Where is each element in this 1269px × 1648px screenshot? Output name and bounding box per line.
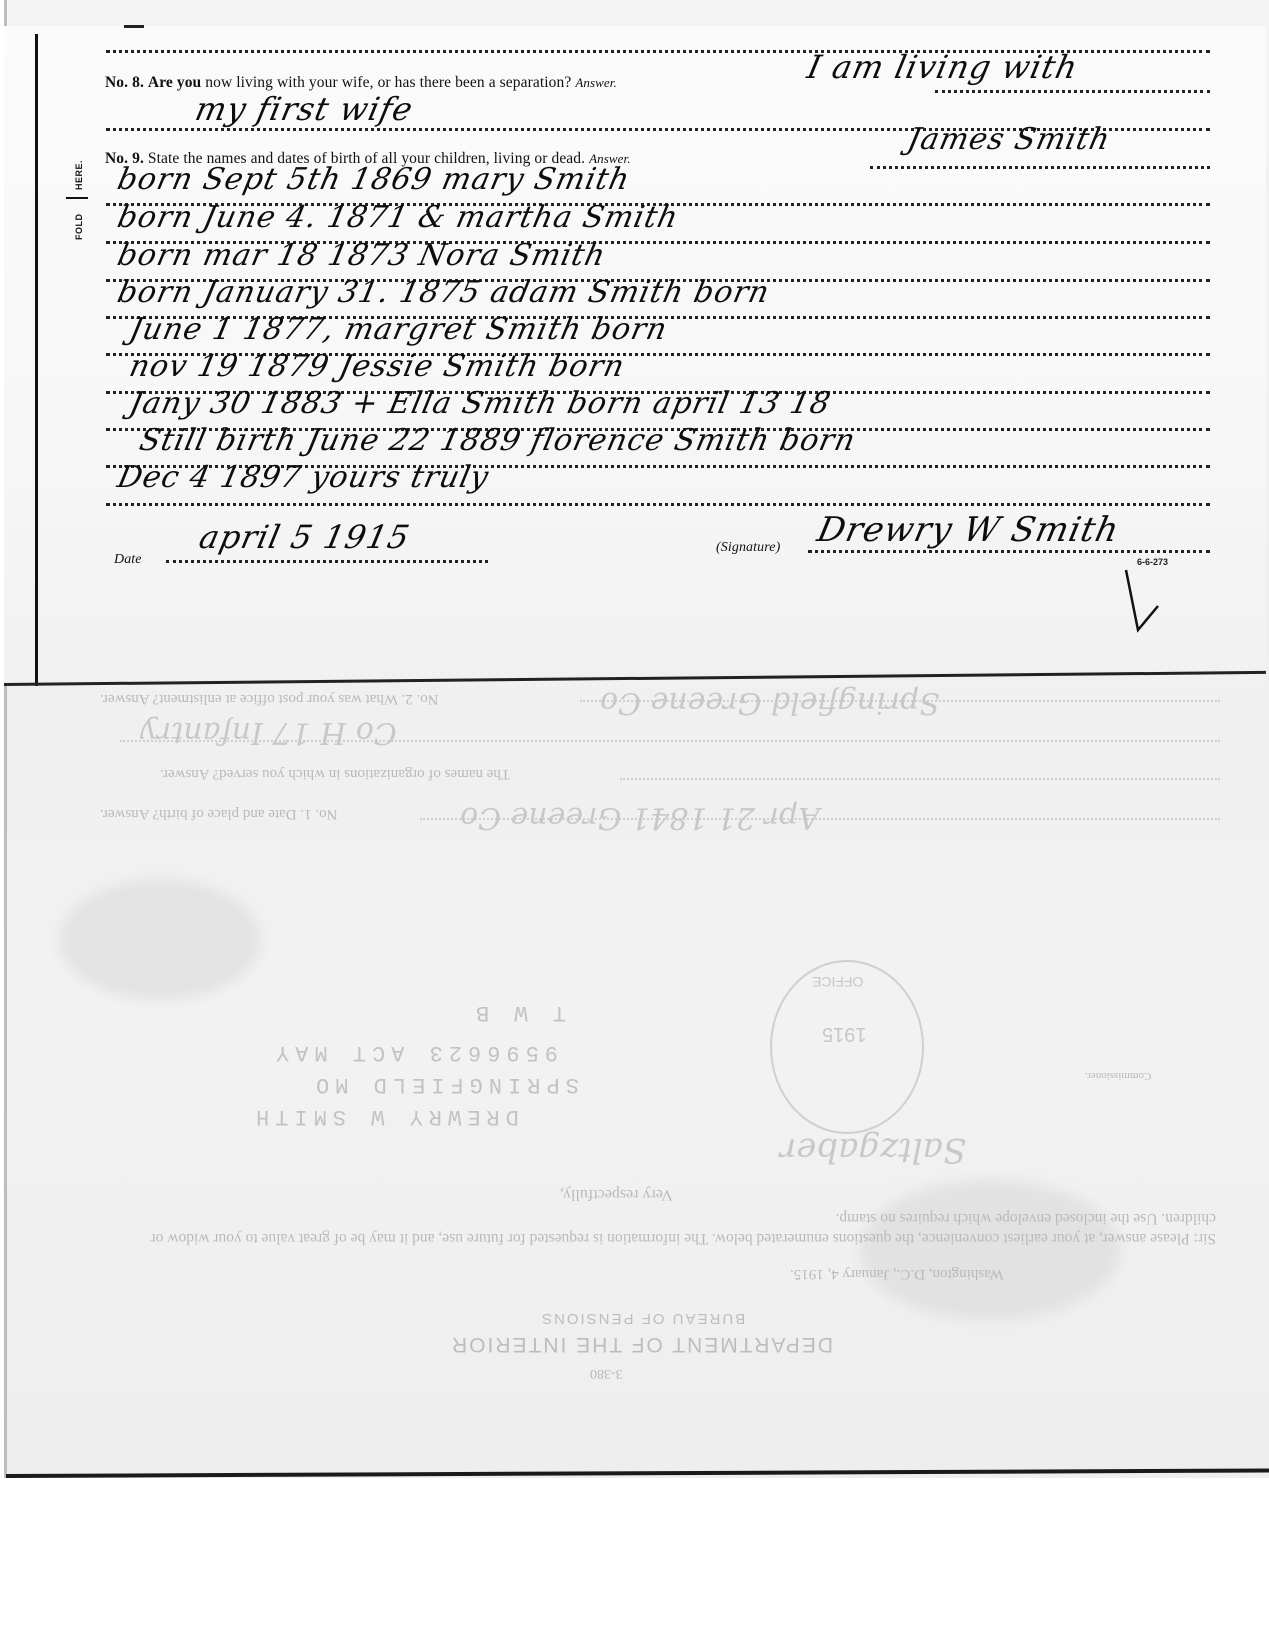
smudge bbox=[60, 880, 260, 1000]
answer-9-line-3: born mar 18 1873 Nora Smith bbox=[114, 238, 609, 273]
postmark-stamp: OFFICE 1915 bbox=[770, 960, 924, 1134]
signature-value: Drewry W Smith bbox=[814, 510, 1123, 550]
dotted-line bbox=[106, 503, 1210, 506]
ghost-handwriting: Co H 17 Infantry bbox=[140, 715, 397, 750]
dotted-line bbox=[870, 166, 1210, 169]
ghost-bureau: BUREAU OF PENSIONS bbox=[540, 1310, 745, 1327]
margin-rule bbox=[35, 34, 38, 686]
stamp-label: OFFICE bbox=[812, 974, 863, 990]
answer-9-line-4: born January 31. 1875 adam Smith born bbox=[114, 275, 773, 310]
signature-dotted-line bbox=[808, 550, 1210, 553]
ghost-closing: Very respectfully, bbox=[560, 1185, 673, 1203]
answer-9-line-0: James Smith bbox=[904, 122, 1113, 157]
ghost-commissioner-signature: Saltzgaber bbox=[780, 1130, 966, 1170]
fold-label-bottom: FOLD bbox=[74, 214, 84, 241]
ghost-handwriting: Springfield Greene Co bbox=[600, 685, 940, 720]
ghost-commissioner-label: Commissioner. bbox=[1085, 1070, 1151, 1082]
answer-9-line-1: born Sept 5th 1869 mary Smith bbox=[114, 162, 633, 197]
answer-9-line-5: June 1 1877, margret Smith born bbox=[126, 312, 670, 347]
answer-9-line-9: Dec 4 1897 yours truly bbox=[114, 460, 492, 495]
date-dotted-line bbox=[166, 560, 488, 563]
ghost-letter-body: Sir: Please answer, at your earliest con… bbox=[96, 1208, 1216, 1248]
fold-tick bbox=[66, 197, 88, 199]
ghost-dotted-line bbox=[620, 778, 1220, 780]
ghost-address-line: SPRINGFIELD MO bbox=[310, 1072, 579, 1097]
fold-label-top: HERE. bbox=[74, 160, 84, 190]
checkmark-icon bbox=[1118, 566, 1178, 636]
fold-here-marker: HERE. FOLD bbox=[66, 150, 96, 250]
ghost-address-line: T W B bbox=[470, 1000, 566, 1025]
ghost-question-org: The names of organizations in which you … bbox=[160, 765, 510, 782]
top-mark bbox=[124, 25, 144, 28]
dotted-line bbox=[935, 90, 1210, 93]
date-label: Date bbox=[114, 552, 142, 568]
ghost-address-line: 9596623 ACT MAY bbox=[270, 1040, 558, 1065]
question-8-answer-label: Answer. bbox=[575, 75, 617, 90]
question-8-text: now living with your wife, or has there … bbox=[205, 74, 571, 91]
ghost-department: DEPARTMENT OF THE INTERIOR bbox=[450, 1332, 833, 1356]
answer-9-line-2: born June 4. 1871 & martha Smith bbox=[114, 200, 682, 235]
stamp-date: 1915 bbox=[822, 1022, 867, 1045]
ghost-dateline: Washington, D.C., January 4, 1915. bbox=[790, 1265, 1004, 1282]
question-8-bold: Are you bbox=[148, 74, 201, 91]
ghost-address-line: DREWRY W SMITH bbox=[250, 1104, 519, 1129]
answer-9-line-7: Jany 30 1883 + Ella Smith born april 13 … bbox=[126, 386, 834, 421]
ghost-question-1: No. 1. Date and place of birth? Answer. bbox=[100, 805, 337, 822]
ghost-question-2: No. 2. What was your post office at enli… bbox=[100, 690, 439, 707]
answer-8-line-2: my first wife bbox=[192, 90, 417, 128]
ghost-form-id: 3-380 bbox=[590, 1365, 623, 1381]
date-value: april 5 1915 bbox=[196, 518, 414, 556]
answer-8-line-1: I am living with bbox=[804, 48, 1082, 86]
answer-9-line-6: nov 19 1879 Jessie Smith born bbox=[126, 349, 628, 384]
question-8-number: No. 8. bbox=[105, 74, 144, 91]
smudge bbox=[860, 1180, 1120, 1320]
answer-9-line-8: Still birth June 22 1889 florence Smith … bbox=[136, 423, 859, 458]
ghost-handwriting: Apr 21 1841 Greene Co bbox=[460, 800, 820, 835]
signature-label: (Signature) bbox=[716, 540, 780, 556]
